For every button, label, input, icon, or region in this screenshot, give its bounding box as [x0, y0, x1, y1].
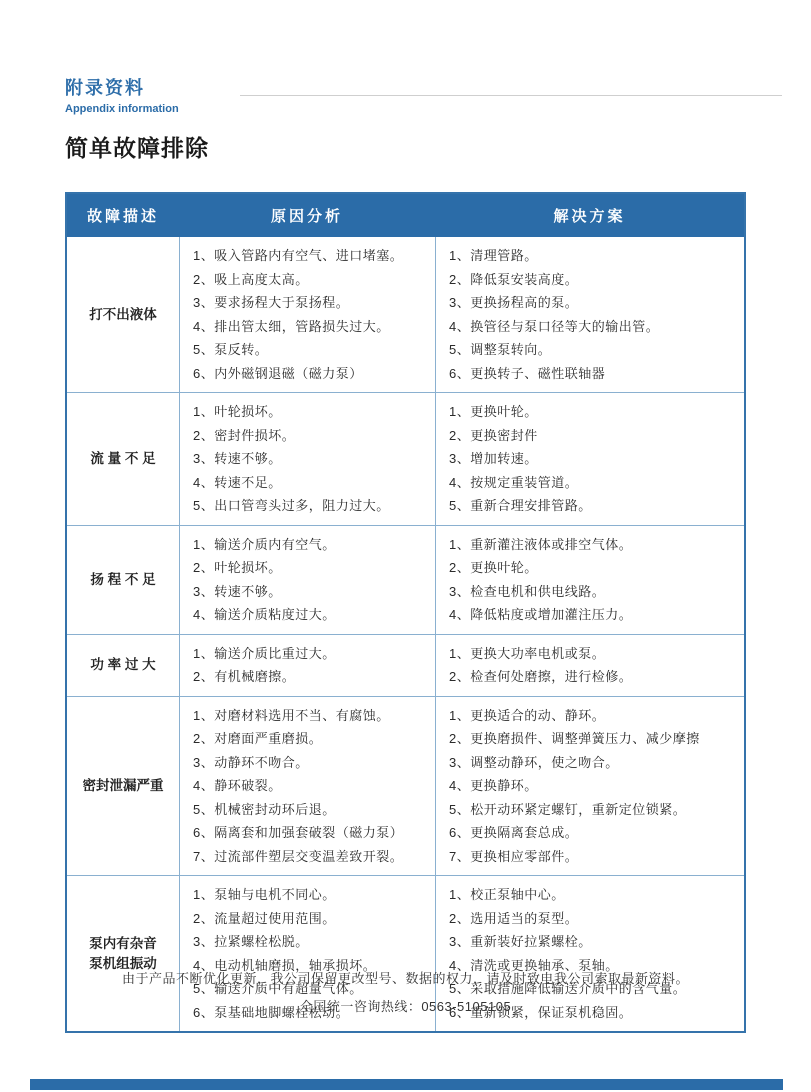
- solution-item: 1、重新灌注液体或排空气体。: [449, 533, 740, 557]
- solution-item: 3、增加转速。: [449, 447, 740, 471]
- causes-cell: 1、输送介质比重过大。2、有机械磨擦。: [179, 635, 435, 696]
- appendix-header: 附录资料 Appendix information: [65, 74, 179, 115]
- cause-item: 2、叶轮损坏。: [193, 556, 431, 580]
- cause-item: 1、泵轴与电机不同心。: [193, 883, 431, 907]
- table-row: 密封泄漏严重 1、对磨材料选用不当、有腐蚀。2、对磨面严重磨损。3、动静环不吻合…: [67, 696, 744, 876]
- causes-cell: 1、吸入管路内有空气、进口堵塞。2、吸上高度太高。3、要求扬程大于泵扬程。4、排…: [179, 237, 435, 392]
- cause-item: 6、隔离套和加强套破裂（磁力泵）: [193, 821, 431, 845]
- cause-item: 6、内外磁钢退磁（磁力泵）: [193, 362, 431, 386]
- solution-item: 4、换管径与泵口径等大的输出管。: [449, 315, 740, 339]
- cause-item: 4、转速不足。: [193, 471, 431, 495]
- cause-item: 7、过流部件塑层交变温差致开裂。: [193, 845, 431, 869]
- table-header-row: 故障描述 原因分析 解决方案: [67, 194, 744, 237]
- cause-item: 4、输送介质粘度过大。: [193, 603, 431, 627]
- solution-item: 2、降低泵安装高度。: [449, 268, 740, 292]
- column-header-fault: 故障描述: [67, 194, 179, 237]
- fault-cell: 功 率 过 大: [67, 635, 179, 696]
- column-header-solution: 解决方案: [435, 194, 744, 237]
- cause-item: 1、输送介质内有空气。: [193, 533, 431, 557]
- solution-item: 3、更换扬程高的泵。: [449, 291, 740, 315]
- cause-item: 2、密封件损坏。: [193, 424, 431, 448]
- cause-item: 1、对磨材料选用不当、有腐蚀。: [193, 704, 431, 728]
- cause-item: 1、叶轮损坏。: [193, 400, 431, 424]
- fault-cell: 流 量 不 足: [67, 393, 179, 525]
- document-page: 附录资料 Appendix information 简单故障排除 故障描述 原因…: [0, 0, 811, 1092]
- cause-item: 1、输送介质比重过大。: [193, 642, 431, 666]
- solution-item: 3、检查电机和供电线路。: [449, 580, 740, 604]
- solution-item: 4、降低粘度或增加灌注压力。: [449, 603, 740, 627]
- fault-cell: 打不出液体: [67, 237, 179, 392]
- cause-item: 3、转速不够。: [193, 580, 431, 604]
- appendix-title-cn: 附录资料: [65, 74, 179, 100]
- solution-item: 2、检查何处磨擦，进行检修。: [449, 665, 740, 689]
- solution-item: 3、重新装好拉紧螺栓。: [449, 930, 740, 954]
- solutions-cell: 1、更换适合的动、静环。2、更换磨损件、调整弹簧压力、减少摩擦3、调整动静环，使…: [435, 697, 744, 876]
- solution-item: 3、调整动静环，使之吻合。: [449, 751, 740, 775]
- footer-hotline: 全国统一咨询热线：0563-5105105: [0, 996, 811, 1015]
- cause-item: 5、出口管弯头过多，阻力过大。: [193, 494, 431, 518]
- cause-item: 1、吸入管路内有空气、进口堵塞。: [193, 244, 431, 268]
- cause-item: 5、机械密封动环后退。: [193, 798, 431, 822]
- solution-item: 1、清理管路。: [449, 244, 740, 268]
- solution-item: 6、更换转子、磁性联轴器: [449, 362, 740, 386]
- table-row: 流 量 不 足 1、叶轮损坏。2、密封件损坏。3、转速不够。4、转速不足。5、出…: [67, 392, 744, 525]
- cause-item: 5、泵反转。: [193, 338, 431, 362]
- solution-item: 2、更换磨损件、调整弹簧压力、减少摩擦: [449, 727, 740, 751]
- solution-item: 5、调整泵转向。: [449, 338, 740, 362]
- solutions-cell: 1、清理管路。2、降低泵安装高度。3、更换扬程高的泵。4、换管径与泵口径等大的输…: [435, 237, 744, 392]
- table-row: 功 率 过 大 1、输送介质比重过大。2、有机械磨擦。 1、更换大功率电机或泵。…: [67, 634, 744, 696]
- cause-item: 2、有机械磨擦。: [193, 665, 431, 689]
- solution-item: 1、校正泵轴中心。: [449, 883, 740, 907]
- table-row: 扬 程 不 足 1、输送介质内有空气。2、叶轮损坏。3、转速不够。4、输送介质粘…: [67, 525, 744, 634]
- solutions-cell: 1、更换叶轮。2、更换密封件3、增加转速。4、按规定重装管道。5、重新合理安排管…: [435, 393, 744, 525]
- cause-item: 2、吸上高度太高。: [193, 268, 431, 292]
- cause-item: 3、转速不够。: [193, 447, 431, 471]
- solution-item: 6、更换隔离套总成。: [449, 821, 740, 845]
- solution-item: 1、更换叶轮。: [449, 400, 740, 424]
- footer-accent-bar: [30, 1079, 783, 1090]
- cause-item: 3、要求扬程大于泵扬程。: [193, 291, 431, 315]
- solution-item: 4、更换静环。: [449, 774, 740, 798]
- solution-item: 7、更换相应零部件。: [449, 845, 740, 869]
- cause-item: 2、流量超过使用范围。: [193, 907, 431, 931]
- fault-cell: 扬 程 不 足: [67, 526, 179, 634]
- solution-item: 4、按规定重装管道。: [449, 471, 740, 495]
- header-rule: [240, 95, 782, 96]
- cause-item: 2、对磨面严重磨损。: [193, 727, 431, 751]
- page-title: 简单故障排除: [65, 130, 209, 163]
- cause-item: 4、排出管太细，管路损失过大。: [193, 315, 431, 339]
- solution-item: 2、更换密封件: [449, 424, 740, 448]
- fault-cell: 密封泄漏严重: [67, 697, 179, 876]
- troubleshooting-table: 故障描述 原因分析 解决方案 打不出液体 1、吸入管路内有空气、进口堵塞。2、吸…: [65, 192, 746, 1033]
- causes-cell: 1、叶轮损坏。2、密封件损坏。3、转速不够。4、转速不足。5、出口管弯头过多，阻…: [179, 393, 435, 525]
- solution-item: 2、选用适当的泵型。: [449, 907, 740, 931]
- causes-cell: 1、对磨材料选用不当、有腐蚀。2、对磨面严重磨损。3、动静环不吻合。4、静环破裂…: [179, 697, 435, 876]
- solution-item: 1、更换适合的动、静环。: [449, 704, 740, 728]
- solution-item: 5、重新合理安排管路。: [449, 494, 740, 518]
- cause-item: 3、拉紧螺栓松脱。: [193, 930, 431, 954]
- solution-item: 1、更换大功率电机或泵。: [449, 642, 740, 666]
- cause-item: 3、动静环不吻合。: [193, 751, 431, 775]
- causes-cell: 1、输送介质内有空气。2、叶轮损坏。3、转速不够。4、输送介质粘度过大。: [179, 526, 435, 634]
- table-body: 打不出液体 1、吸入管路内有空气、进口堵塞。2、吸上高度太高。3、要求扬程大于泵…: [67, 237, 744, 1031]
- table-row: 打不出液体 1、吸入管路内有空气、进口堵塞。2、吸上高度太高。3、要求扬程大于泵…: [67, 237, 744, 392]
- solution-item: 2、更换叶轮。: [449, 556, 740, 580]
- solutions-cell: 1、重新灌注液体或排空气体。2、更换叶轮。3、检查电机和供电线路。4、降低粘度或…: [435, 526, 744, 634]
- solution-item: 5、松开动环紧定螺钉，重新定位锁紧。: [449, 798, 740, 822]
- footer-note: 由于产品不断优化更新，我公司保留更改型号、数据的权力，请及时致电我公司索取最新资…: [0, 968, 811, 987]
- solutions-cell: 1、更换大功率电机或泵。2、检查何处磨擦，进行检修。: [435, 635, 744, 696]
- column-header-cause: 原因分析: [179, 194, 435, 237]
- cause-item: 4、静环破裂。: [193, 774, 431, 798]
- appendix-title-en: Appendix information: [65, 103, 179, 115]
